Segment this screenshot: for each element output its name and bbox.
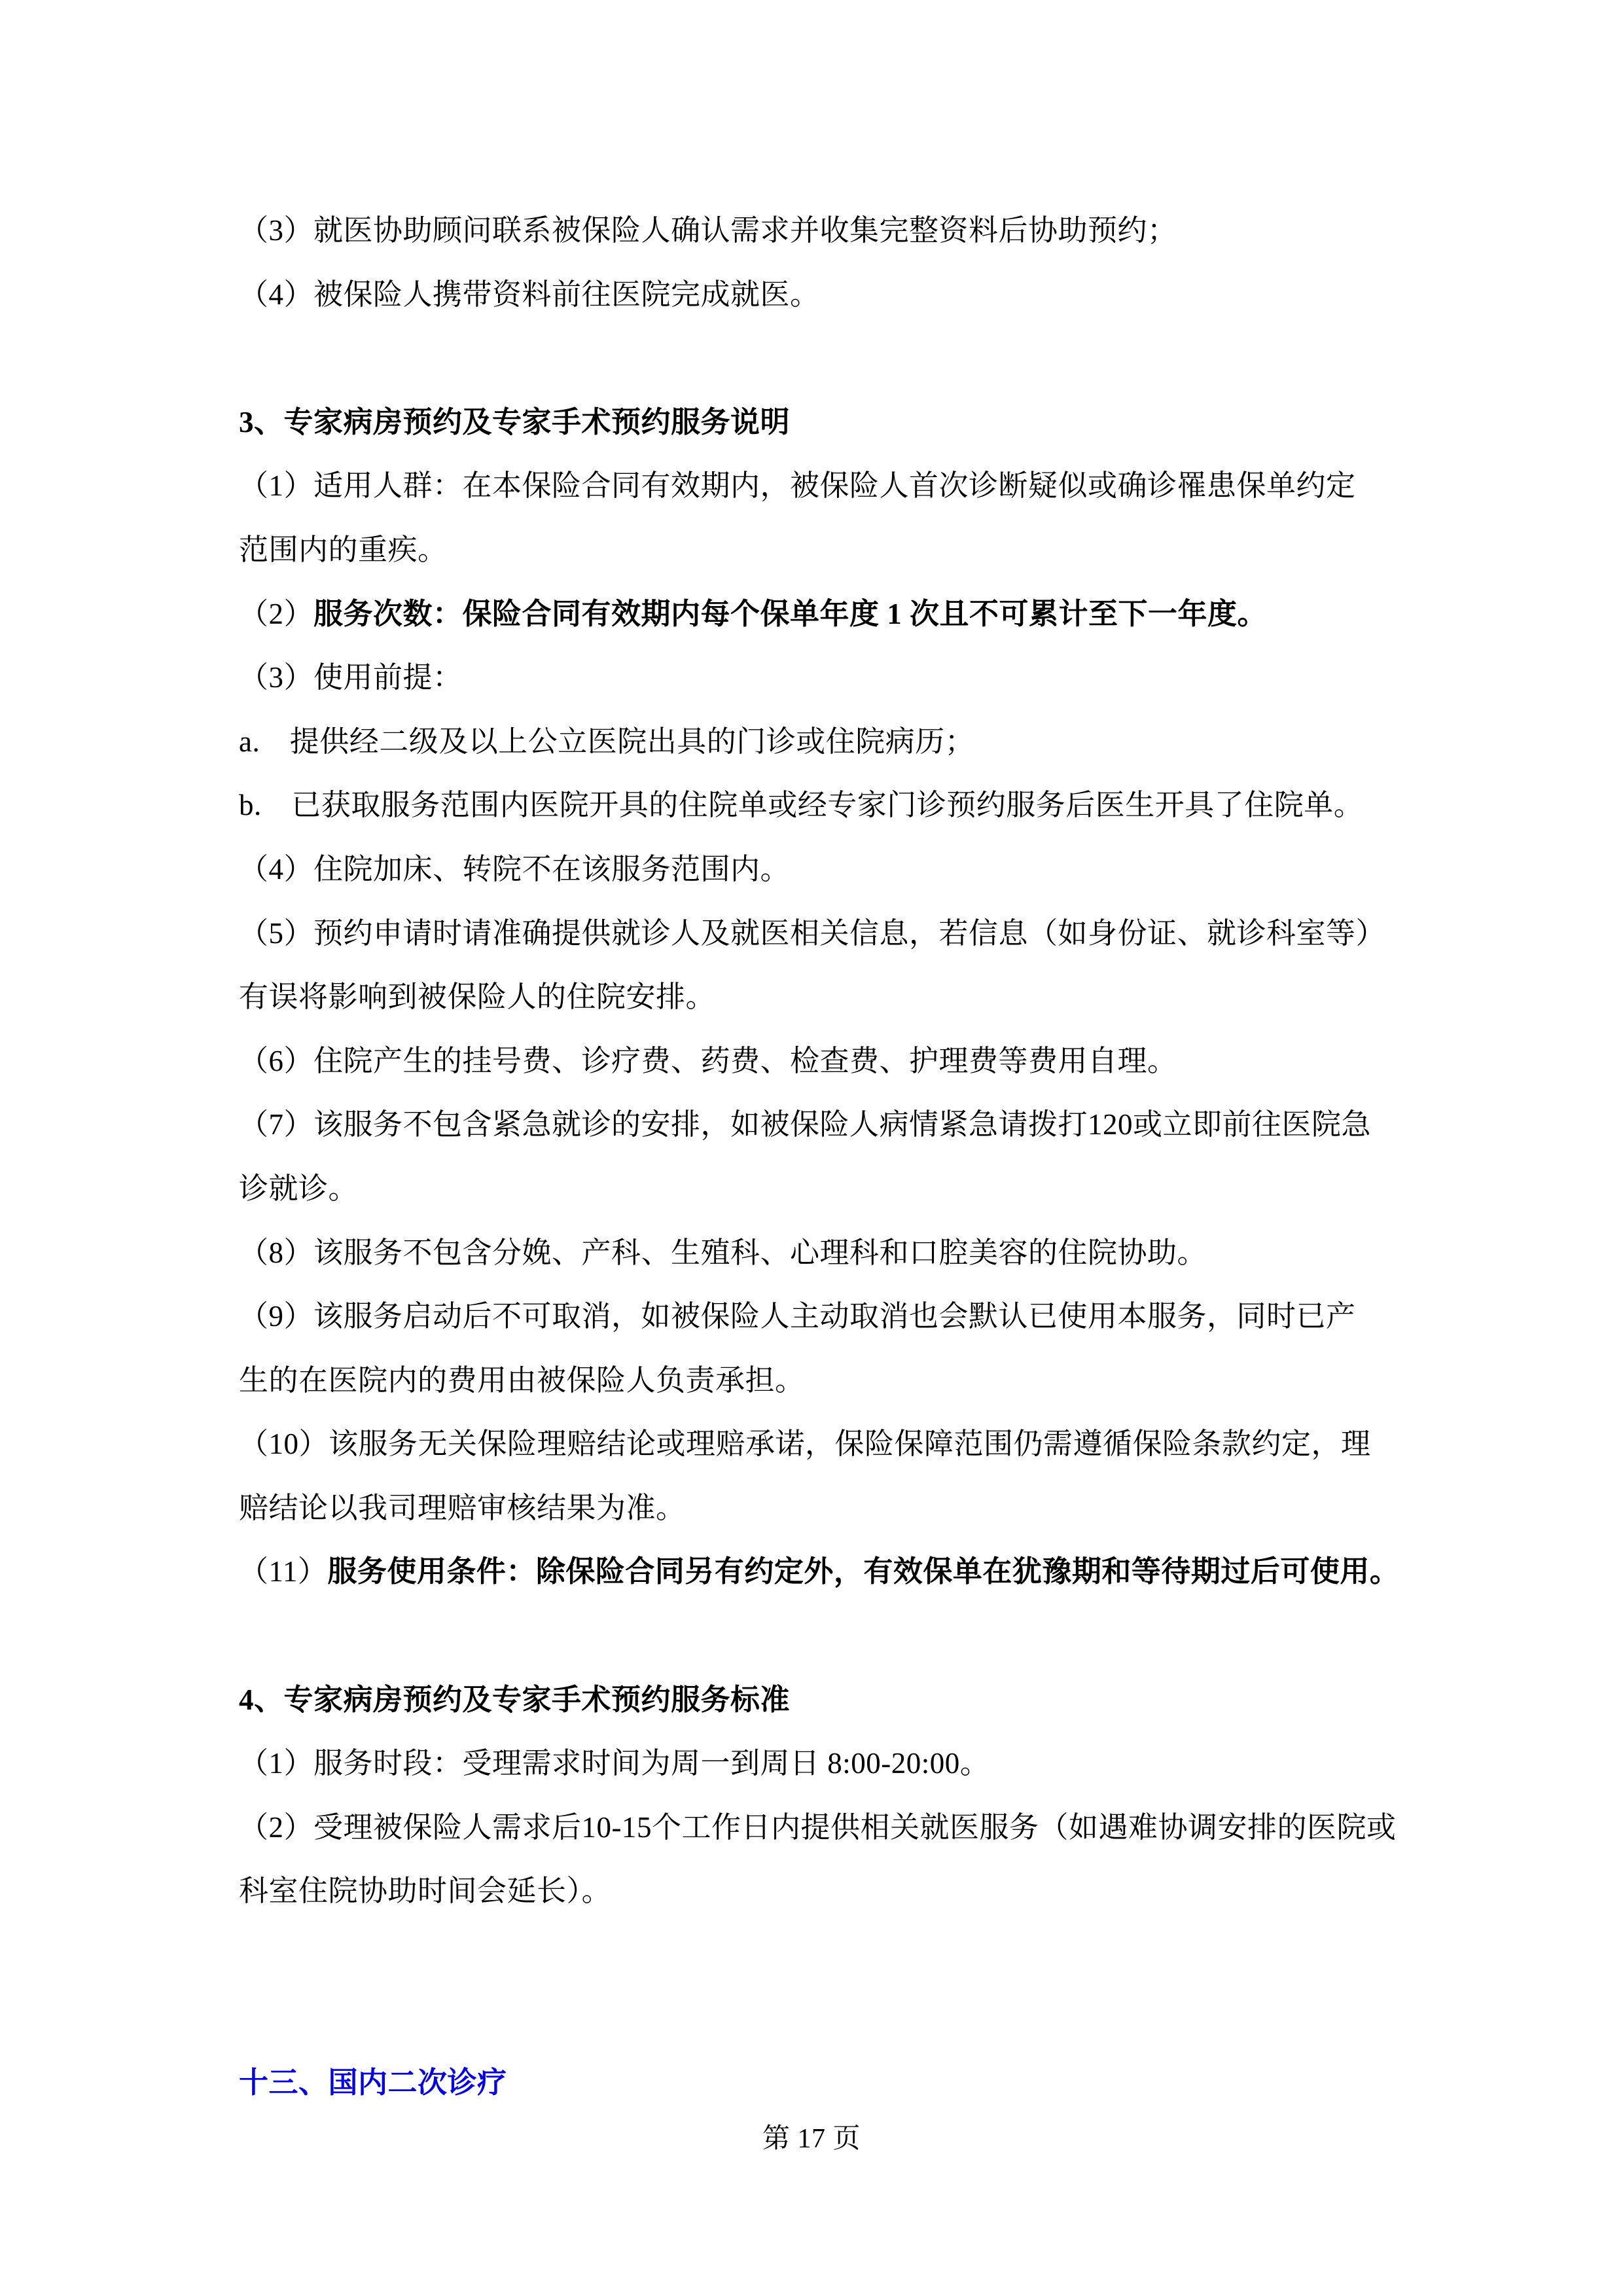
- text-line: （1）服务时段：受理需求时间为周一到周日 8:00-20:00。: [239, 1732, 1391, 1796]
- text-line: （9）该服务启动后不可取消，如被保险人主动取消也会默认已使用本服务，同时已产: [239, 1285, 1391, 1349]
- text-segment: （6）住院产生的挂号费、诊疗费、药费、检查费、护理费等费用自理。: [239, 1045, 1177, 1077]
- text-segment: b. 已获取服务范围内医院开具的住院单或经专家门诊预约服务后医生开具了住院单。: [239, 789, 1363, 821]
- subsection-heading: 3、专家病房预约及专家手术预约服务说明: [239, 391, 1391, 455]
- text-line: 赔结论以我司理赔审核结果为准。: [239, 1477, 1391, 1541]
- text-segment: 科室住院协助时间会延长）。: [239, 1874, 611, 1907]
- text-line: （4）被保险人携带资料前往医院完成就医。: [239, 263, 1391, 327]
- text-line: （3）使用前提：: [239, 646, 1391, 710]
- text-line: b. 已获取服务范围内医院开具的住院单或经专家门诊预约服务后医生开具了住院单。: [239, 774, 1391, 838]
- blank-line: [239, 327, 1391, 391]
- text-block: （3）就医协助顾问联系被保险人确认需求并收集完整资料后协助预约；（4）被保险人携…: [239, 199, 1391, 2115]
- text-segment: （3）使用前提：: [239, 661, 463, 694]
- text-segment: 服务次数：保险合同有效期内每个保单年度 1 次且不可累计至下一年度。: [313, 598, 1267, 630]
- text-line: （3）就医协助顾问联系被保险人确认需求并收集完整资料后协助预约；: [239, 199, 1391, 263]
- text-segment: （9）该服务启动后不可取消，如被保险人主动取消也会默认已使用本服务，同时已产: [239, 1300, 1356, 1333]
- text-segment: 诊就诊。: [239, 1172, 358, 1205]
- blank-line: [239, 1988, 1391, 2052]
- text-segment: 4、专家病房预约及专家手术预约服务标准: [239, 1683, 790, 1716]
- text-segment: （11）: [239, 1555, 327, 1588]
- text-segment: （7）该服务不包含紧急就诊的安排，如被保险人病情紧急请拨打120或立即前往医院急: [239, 1108, 1371, 1141]
- text-segment: 范围内的重疾。: [239, 533, 448, 566]
- text-line: 有误将影响到被保险人的住院安排。: [239, 965, 1391, 1030]
- text-line: 诊就诊。: [239, 1157, 1391, 1221]
- text-line: （4）住院加床、转院不在该服务范围内。: [239, 838, 1391, 902]
- text-line: （2）服务次数：保险合同有效期内每个保单年度 1 次且不可累计至下一年度。: [239, 583, 1391, 647]
- text-segment: （1）服务时段：受理需求时间为周一到周日 8:00-20:00。: [239, 1747, 990, 1780]
- text-segment: （1）适用人群：在本保险合同有效期内，被保险人首次诊断疑似或确诊罹患保单约定: [239, 469, 1356, 502]
- text-line: （7）该服务不包含紧急就诊的安排，如被保险人病情紧急请拨打120或立即前往医院急: [239, 1093, 1391, 1157]
- text-line: 范围内的重疾。: [239, 518, 1391, 583]
- text-segment: 3、专家病房预约及专家手术预约服务说明: [239, 406, 790, 439]
- page-footer: 第 17 页: [0, 2119, 1623, 2159]
- text-segment: （10）该服务无关保险理赔结论或理赔承诺，保险保障范围仍需遵循保险条款约定，理: [239, 1427, 1371, 1460]
- text-segment: （2）受理被保险人需求后10-15个工作日内提供相关就医服务（如遇难协调安排的医…: [239, 1811, 1397, 1844]
- blank-line: [239, 1924, 1391, 1988]
- text-segment: （5）预约申请时请准确提供就诊人及就医相关信息，若信息（如身份证、就诊科室等）: [239, 917, 1385, 950]
- blank-line: [239, 1604, 1391, 1668]
- text-segment: （4）住院加床、转院不在该服务范围内。: [239, 853, 790, 886]
- text-segment: （2）: [239, 598, 313, 630]
- text-segment: a. 提供经二级及以上公立医院出具的门诊或住院病历；: [239, 725, 974, 758]
- text-segment: 服务使用条件：除保险合同另有约定外，有效保单在犹豫期和等待期过后可使用。: [327, 1555, 1399, 1588]
- section-title: 十三、国内二次诊疗: [239, 2051, 1391, 2115]
- text-line: （2）受理被保险人需求后10-15个工作日内提供相关就医服务（如遇难协调安排的医…: [239, 1796, 1391, 1860]
- subsection-heading: 4、专家病房预约及专家手术预约服务标准: [239, 1668, 1391, 1732]
- text-line: （11）服务使用条件：除保险合同另有约定外，有效保单在犹豫期和等待期过后可使用。: [239, 1540, 1391, 1604]
- text-segment: 有误将影响到被保险人的住院安排。: [239, 980, 715, 1013]
- text-line: （8）该服务不包含分娩、产科、生殖科、心理科和口腔美容的住院协助。: [239, 1221, 1391, 1285]
- text-line: 科室住院协助时间会延长）。: [239, 1859, 1391, 1924]
- text-line: （1）适用人群：在本保险合同有效期内，被保险人首次诊断疑似或确诊罹患保单约定: [239, 454, 1391, 518]
- text-line: （5）预约申请时请准确提供就诊人及就医相关信息，若信息（如身份证、就诊科室等）: [239, 902, 1391, 966]
- text-segment: 十三、国内二次诊疗: [239, 2066, 507, 2099]
- document-page: （3）就医协助顾问联系被保险人确认需求并收集完整资料后协助预约；（4）被保险人携…: [0, 0, 1623, 2296]
- text-segment: 赔结论以我司理赔审核结果为准。: [239, 1492, 686, 1524]
- text-segment: （3）就医协助顾问联系被保险人确认需求并收集完整资料后协助预约；: [239, 214, 1177, 247]
- text-line: （6）住院产生的挂号费、诊疗费、药费、检查费、护理费等费用自理。: [239, 1030, 1391, 1094]
- text-line: 生的在医院内的费用由被保险人负责承担。: [239, 1349, 1391, 1413]
- text-line: a. 提供经二级及以上公立医院出具的门诊或住院病历；: [239, 710, 1391, 774]
- text-segment: （8）该服务不包含分娩、产科、生殖科、心理科和口腔美容的住院协助。: [239, 1236, 1207, 1269]
- text-segment: （4）被保险人携带资料前往医院完成就医。: [239, 278, 820, 311]
- text-segment: 生的在医院内的费用由被保险人负责承担。: [239, 1364, 805, 1397]
- text-line: （10）该服务无关保险理赔结论或理赔承诺，保险保障范围仍需遵循保险条款约定，理: [239, 1412, 1391, 1477]
